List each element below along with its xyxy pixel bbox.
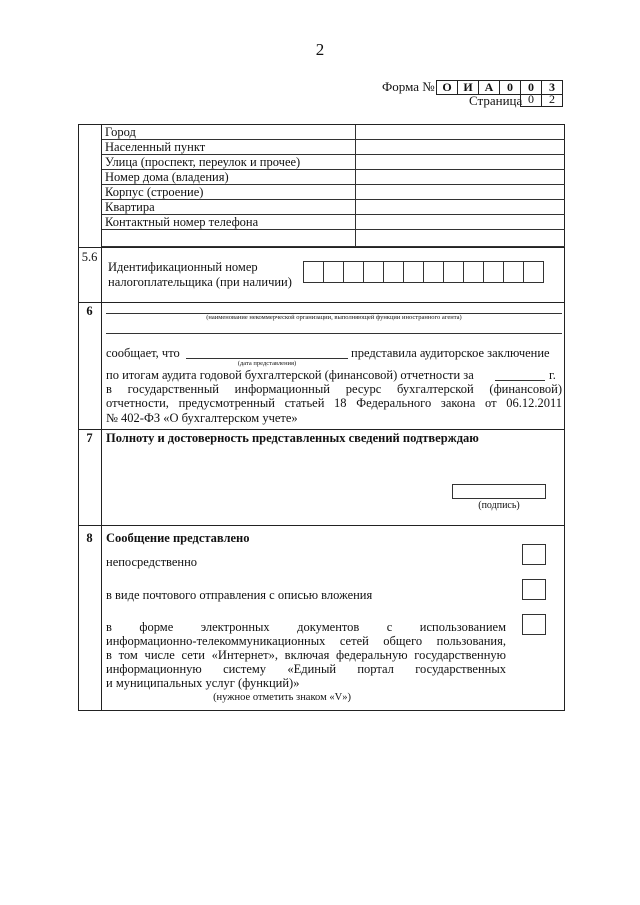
- inn-digit-cell[interactable]: [304, 262, 324, 282]
- address-label: Корпус (строение): [105, 185, 203, 200]
- report-year-field[interactable]: [495, 380, 545, 381]
- city-field[interactable]: [355, 125, 566, 139]
- inn-digit-cell[interactable]: [364, 262, 384, 282]
- address-row-settlement: Населенный пункт: [102, 140, 565, 155]
- address-label: Улица (проспект, переулок и прочее): [105, 155, 300, 170]
- address-row-city: Город: [102, 125, 565, 140]
- inn-digit-cell[interactable]: [324, 262, 344, 282]
- inn-digit-cell[interactable]: [344, 262, 364, 282]
- phone-field[interactable]: [355, 215, 566, 229]
- reports-prefix: сообщает, что: [106, 346, 180, 361]
- submission-date-field[interactable]: [186, 358, 348, 359]
- year-line-prefix: по итогам аудита годовой бухгалтерской (…: [106, 368, 474, 383]
- inn-input-grid[interactable]: [303, 261, 544, 283]
- settlement-field[interactable]: [355, 140, 566, 154]
- confirmation-title: Полноту и достоверность представленных с…: [106, 431, 479, 446]
- option-electronic-line4: информационную систему «Единый портал го…: [106, 662, 506, 677]
- inn-digit-cell[interactable]: [384, 262, 404, 282]
- option-electronic-line3: в том числе сети «Интернет», включая фед…: [106, 648, 506, 663]
- address-row-building: Корпус (строение): [102, 185, 565, 200]
- page-number: 2: [0, 40, 640, 60]
- form-number-label: Форма №: [382, 79, 435, 95]
- address-row-blank: [102, 230, 565, 247]
- section-divider: [78, 525, 565, 526]
- option-electronic-line1: в форме электронных документов с использ…: [106, 620, 506, 635]
- house-field[interactable]: [355, 170, 566, 184]
- inn-digit-cell[interactable]: [404, 262, 424, 282]
- year-suffix: г.: [549, 368, 556, 383]
- address-label: Город: [105, 125, 136, 140]
- page-code-cell: 0: [521, 93, 542, 106]
- signature-caption: (подпись): [452, 500, 546, 511]
- inn-digit-cell[interactable]: [504, 262, 524, 282]
- section6-line3: отчетности, предусмотренный статьей 18 Ф…: [106, 396, 562, 411]
- page-code-cells: 0 2: [520, 93, 563, 107]
- section-divider: [78, 302, 565, 303]
- option-mail-checkbox[interactable]: [522, 579, 546, 600]
- org-name-field-line2[interactable]: [106, 333, 562, 334]
- address-row-house: Номер дома (владения): [102, 170, 565, 185]
- section6-line4: № 402-ФЗ «О бухгалтерском учете»: [106, 411, 298, 426]
- inn-digit-cell[interactable]: [444, 262, 464, 282]
- address-label: Контактный номер телефона: [105, 215, 258, 230]
- reports-suffix: представила аудиторское заключение: [351, 346, 550, 361]
- option-electronic-line5: и муниципальных услуг (функций)»: [106, 676, 299, 691]
- apartment-field[interactable]: [355, 200, 566, 214]
- address-label: Квартира: [105, 200, 155, 215]
- section6-line2: в государственный информационный ресурс …: [106, 382, 562, 397]
- inn-label-line2: налогоплательщика (при наличии): [108, 275, 292, 290]
- option-direct-label: непосредственно: [106, 555, 197, 570]
- section-number: 6: [78, 304, 101, 319]
- mark-instruction: (нужное отметить знаком «V»): [102, 692, 462, 703]
- building-field[interactable]: [355, 185, 566, 199]
- option-mail-label: в виде почтового отправления с описью вл…: [106, 588, 372, 603]
- org-name-caption: (наименование некоммерческой организации…: [106, 314, 562, 321]
- inn-digit-cell[interactable]: [424, 262, 444, 282]
- option-electronic-line2: информационно-телекоммуникационных сетей…: [106, 634, 506, 649]
- inn-digit-cell[interactable]: [464, 262, 484, 282]
- street-field[interactable]: [355, 155, 566, 169]
- blank-field[interactable]: [355, 230, 566, 246]
- section-divider: [78, 247, 565, 248]
- option-direct-checkbox[interactable]: [522, 544, 546, 565]
- section-number: 5.6: [78, 250, 101, 265]
- inn-digit-cell[interactable]: [524, 262, 543, 282]
- page-code-cell: 2: [542, 93, 562, 106]
- address-label: Населенный пункт: [105, 140, 205, 155]
- form-code-cell: О: [437, 81, 458, 94]
- address-row-phone: Контактный номер телефона: [102, 215, 565, 230]
- address-label: Номер дома (владения): [105, 170, 229, 185]
- section-divider: [78, 429, 565, 430]
- date-caption: (дата представления): [186, 360, 348, 367]
- page-label: Страница: [469, 93, 522, 109]
- inn-label-line1: Идентификационный номер: [108, 260, 292, 275]
- address-row-apartment: Квартира: [102, 200, 565, 215]
- submission-method-title: Сообщение представлено: [106, 531, 250, 546]
- inn-digit-cell[interactable]: [484, 262, 504, 282]
- section-number: 8: [78, 531, 101, 546]
- signature-field[interactable]: [452, 484, 546, 499]
- section-number: 7: [78, 431, 101, 446]
- address-row-street: Улица (проспект, переулок и прочее): [102, 155, 565, 170]
- inn-label: Идентификационный номер налогоплательщик…: [108, 260, 292, 290]
- option-electronic-checkbox[interactable]: [522, 614, 546, 635]
